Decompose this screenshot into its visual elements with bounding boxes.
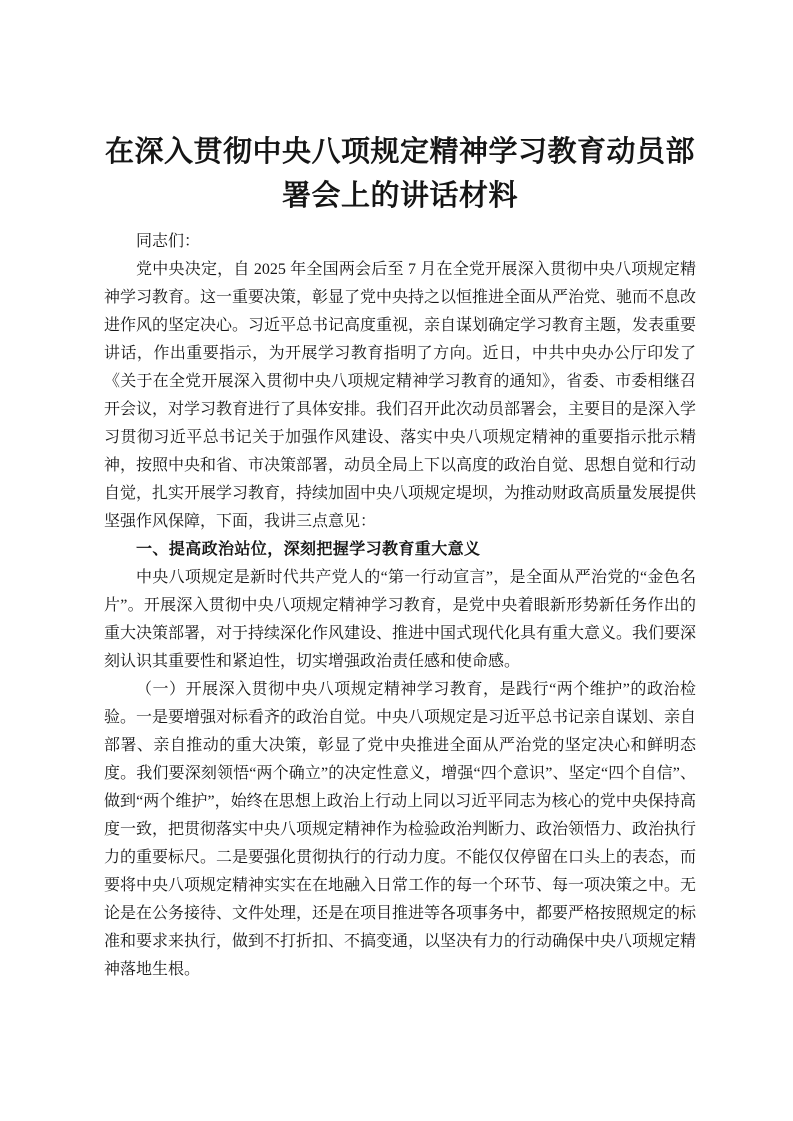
salutation: 同志们： — [104, 228, 696, 256]
document-body: 同志们： 党中央决定，自 2025 年全国两会后至 7 月在全党开展深入贯彻中央… — [104, 228, 696, 984]
document-title: 在深入贯彻中央八项规定精神学习教育动员部署会上的讲话材料 — [104, 130, 696, 218]
section1-paragraph-1: 中央八项规定是新时代共产党人的“第一行动宣言”，是全面从严治党的“金色名片”。开… — [104, 564, 696, 676]
section1-heading: 一、提高政治站位，深刻把握学习教育重大意义 — [104, 536, 696, 564]
intro-paragraph: 党中央决定，自 2025 年全国两会后至 7 月在全党开展深入贯彻中央八项规定精… — [104, 256, 696, 536]
document-page: 在深入贯彻中央八项规定精神学习教育动员部署会上的讲话材料 同志们： 党中央决定，… — [0, 0, 793, 1121]
section1-paragraph-2: （一）开展深入贯彻中央八项规定精神学习教育，是践行“两个维护”的政治检验。一是要… — [104, 676, 696, 984]
